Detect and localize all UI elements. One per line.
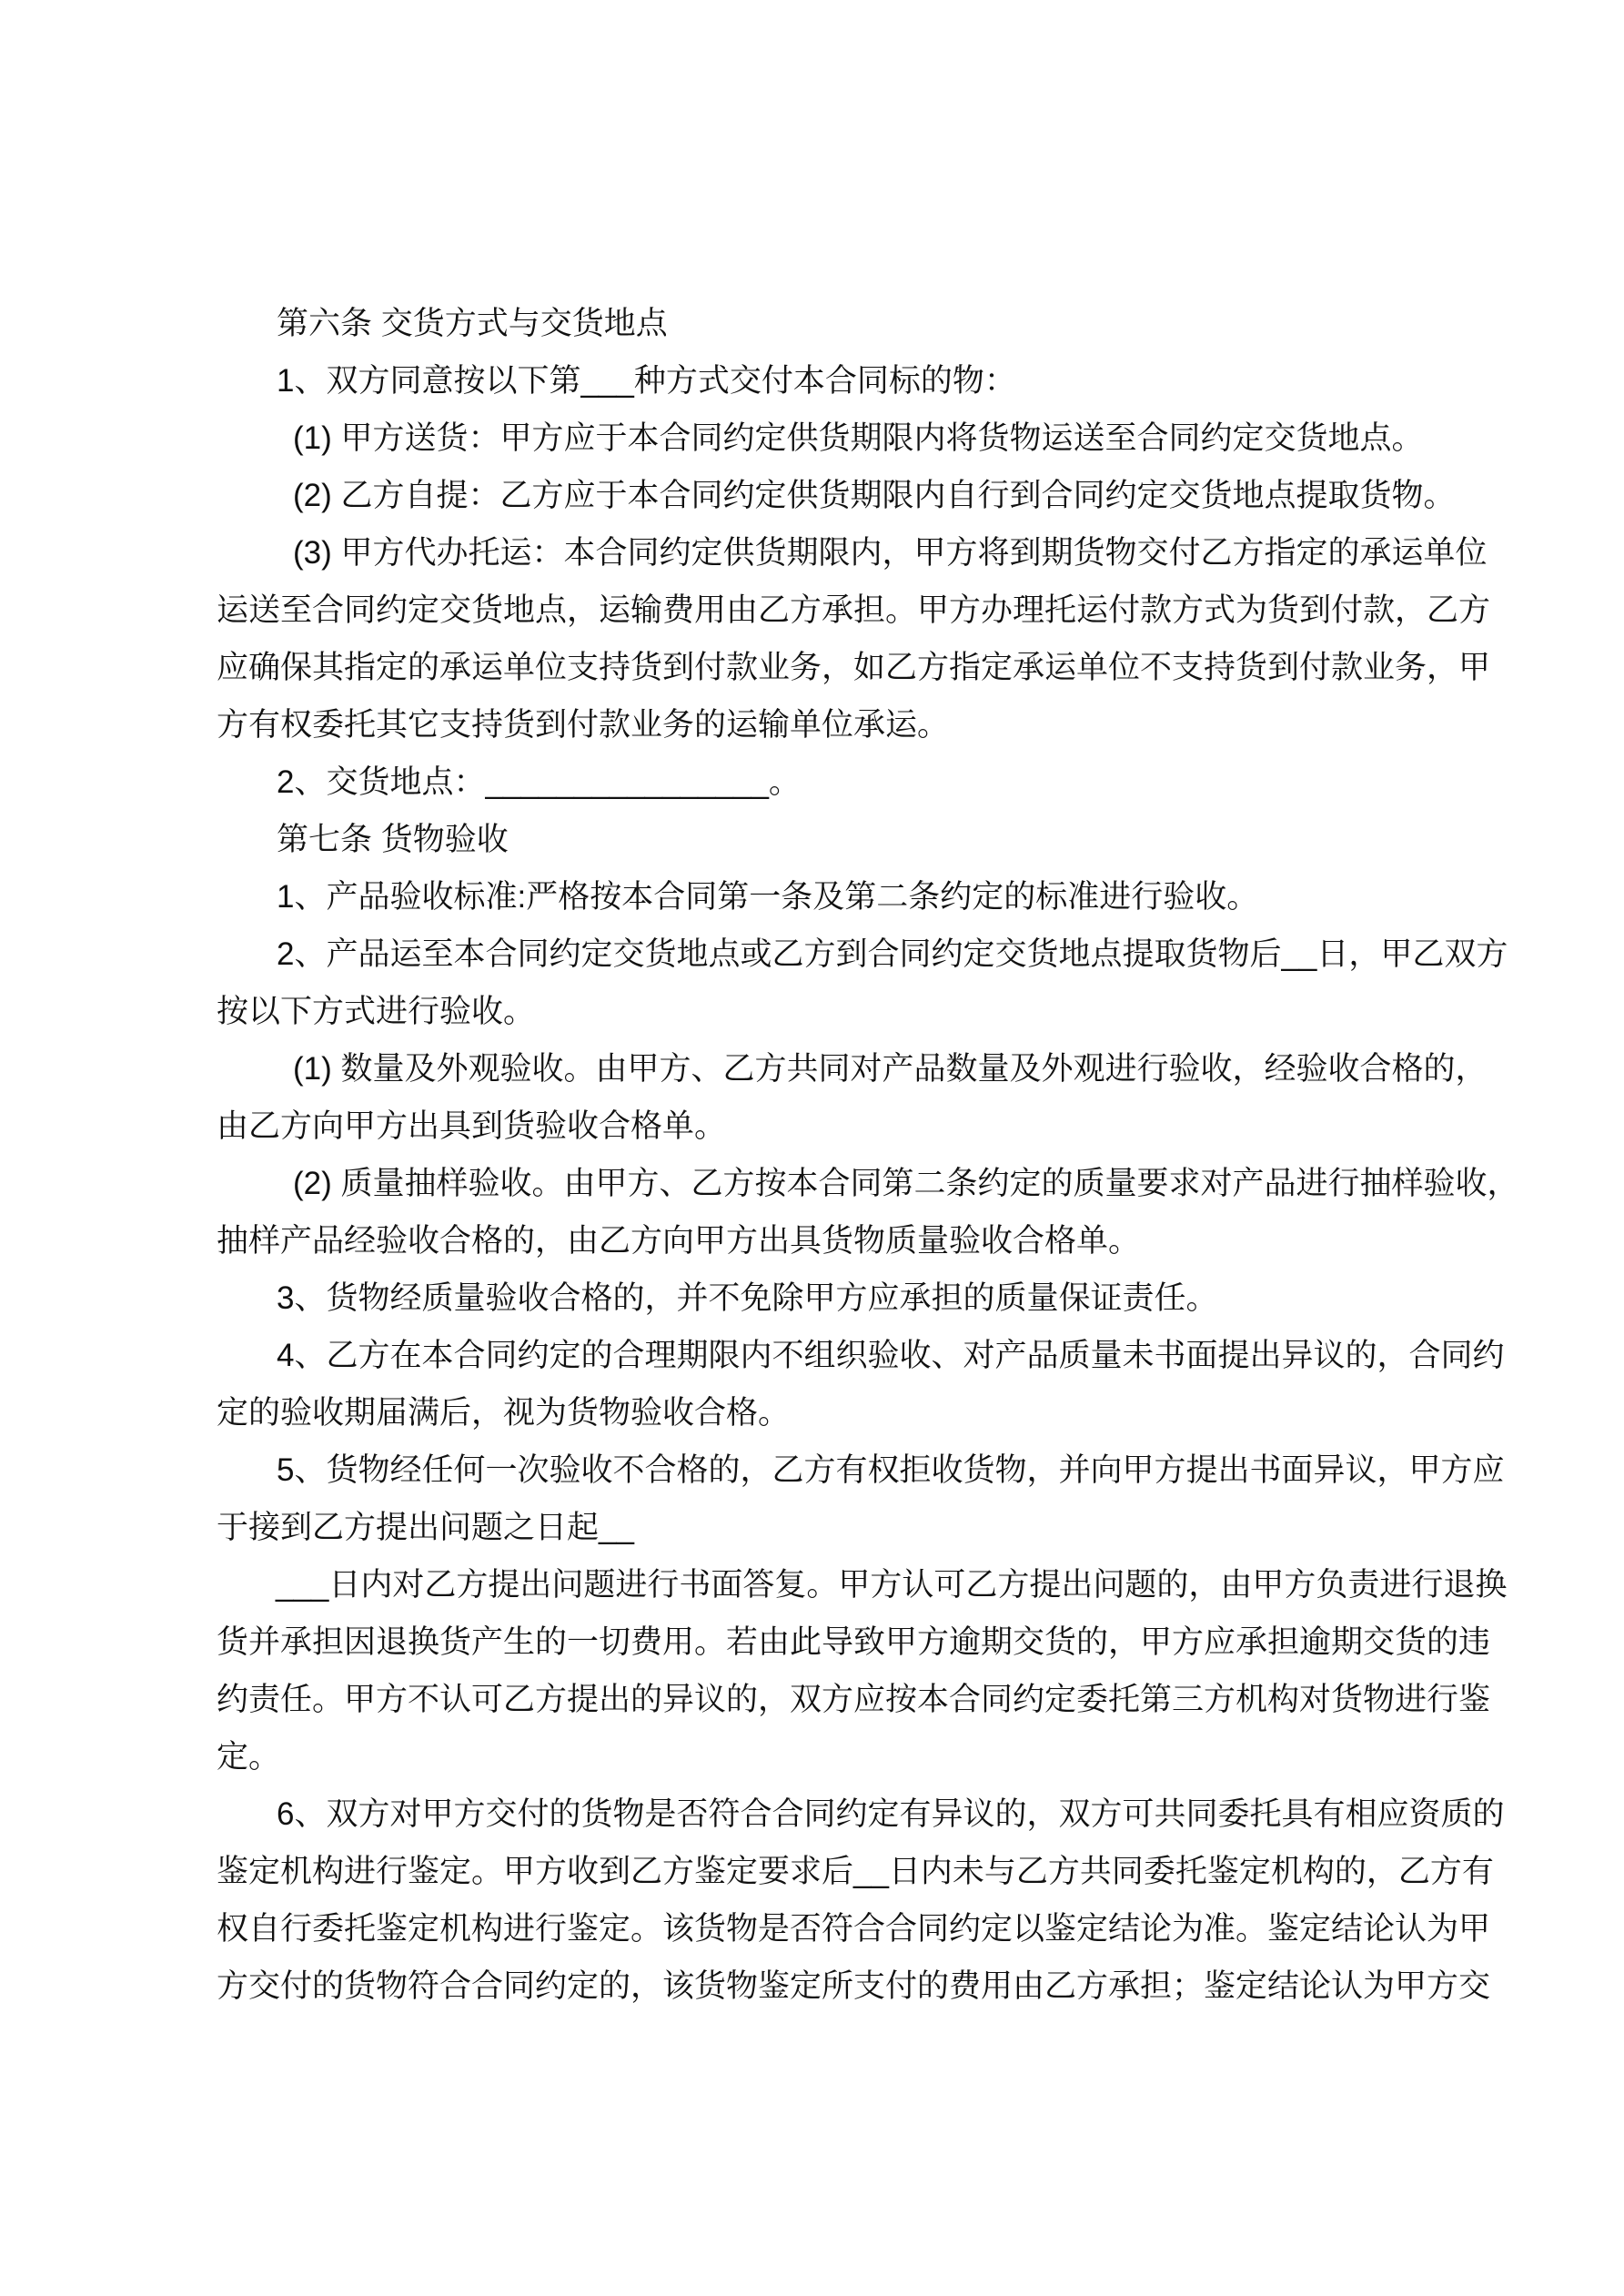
clause-line: 货并承担因退换货产生的一切费用。若由此导致甲方逾期交货的，甲方应承担逾期交货的违 bbox=[217, 1613, 1451, 1671]
clause-line: (2) 质量抽样验收。由甲方、乙方按本合同第二条约定的质量要求对产品进行抽样验收… bbox=[217, 1155, 1451, 1212]
clause-line: 6、双方对甲方交付的货物是否符合合同约定有异议的，双方可共同委托具有相应资质的 bbox=[217, 1785, 1451, 1843]
clause-line: (1) 甲方送货：甲方应于本合同约定供货期限内将货物运送至合同约定交货地点。 bbox=[217, 410, 1451, 467]
clause-line: ___日内对乙方提出问题进行书面答复。甲方认可乙方提出问题的，由甲方负责进行退换 bbox=[217, 1556, 1451, 1613]
clause-line: (1) 数量及外观验收。由甲方、乙方共同对产品数量及外观进行验收，经验收合格的， bbox=[217, 1040, 1451, 1097]
clause-line: 定的验收期届满后，视为货物验收合格。 bbox=[217, 1384, 1451, 1441]
clause-line: (3) 甲方代办托运：本合同约定供货期限内，甲方将到期货物交付乙方指定的承运单位 bbox=[217, 524, 1451, 582]
clause-line: 应确保其指定的承运单位支持货到付款业务，如乙方指定承运单位不支持货到付款业务，甲 bbox=[217, 639, 1451, 696]
clause-line-blank-days: 于接到乙方提出问题之日起__ bbox=[217, 1499, 1451, 1556]
clause-line: 鉴定机构进行鉴定。甲方收到乙方鉴定要求后__日内未与乙方共同委托鉴定机构的，乙方… bbox=[217, 1843, 1451, 1900]
clause-line: 由乙方向甲方出具到货验收合格单。 bbox=[217, 1097, 1451, 1155]
clause-line: (2) 乙方自提：乙方应于本合同约定供货期限内自行到合同约定交货地点提取货物。 bbox=[217, 467, 1451, 524]
clause-line: 1、双方同意按以下第___种方式交付本合同标的物： bbox=[217, 352, 1451, 410]
clause-line: 方交付的货物符合合同约定的，该货物鉴定所支付的费用由乙方承担；鉴定结论认为甲方交 bbox=[217, 1957, 1451, 2015]
clause-line: 按以下方式进行验收。 bbox=[217, 983, 1451, 1040]
clause-line: 5、货物经任何一次验收不合格的，乙方有权拒收货物，并向甲方提出书面异议，甲方应 bbox=[217, 1441, 1451, 1499]
clause-line: 抽样产品经验收合格的，由乙方向甲方出具货物质量验收合格单。 bbox=[217, 1212, 1451, 1269]
article-7-heading: 第七条 货物验收 bbox=[217, 811, 1451, 868]
clause-line: 约责任。甲方不认可乙方提出的异议的，双方应按本合同约定委托第三方机构对货物进行鉴 bbox=[217, 1671, 1451, 1728]
clause-line: 定。 bbox=[217, 1728, 1451, 1785]
clause-line-delivery-place-blank: 2、交货地点：________________。 bbox=[217, 754, 1451, 811]
clause-line: 1、产品验收标准:严格按本合同第一条及第二条约定的标准进行验收。 bbox=[217, 868, 1451, 925]
clause-line: 2、产品运至本合同约定交货地点或乙方到合同约定交货地点提取货物后__日，甲乙双方 bbox=[217, 925, 1451, 983]
clause-line: 方有权委托其它支持货到付款业务的运输单位承运。 bbox=[217, 696, 1451, 754]
clause-line: 3、货物经质量验收合格的，并不免除甲方应承担的质量保证责任。 bbox=[217, 1269, 1451, 1327]
clause-line: 4、乙方在本合同约定的合理期限内不组织验收、对产品质量未书面提出异议的，合同约 bbox=[217, 1327, 1451, 1384]
article-6-heading: 第六条 交货方式与交货地点 bbox=[217, 295, 1451, 352]
document-page: 第六条 交货方式与交货地点 1、双方同意按以下第___种方式交付本合同标的物： … bbox=[0, 0, 1624, 2296]
clause-line: 权自行委托鉴定机构进行鉴定。该货物是否符合合同约定以鉴定结论为准。鉴定结论认为甲 bbox=[217, 1900, 1451, 1957]
clause-line: 运送至合同约定交货地点，运输费用由乙方承担。甲方办理托运付款方式为货到付款，乙方 bbox=[217, 582, 1451, 639]
contract-text-block: 第六条 交货方式与交货地点 1、双方同意按以下第___种方式交付本合同标的物： … bbox=[217, 295, 1451, 2015]
